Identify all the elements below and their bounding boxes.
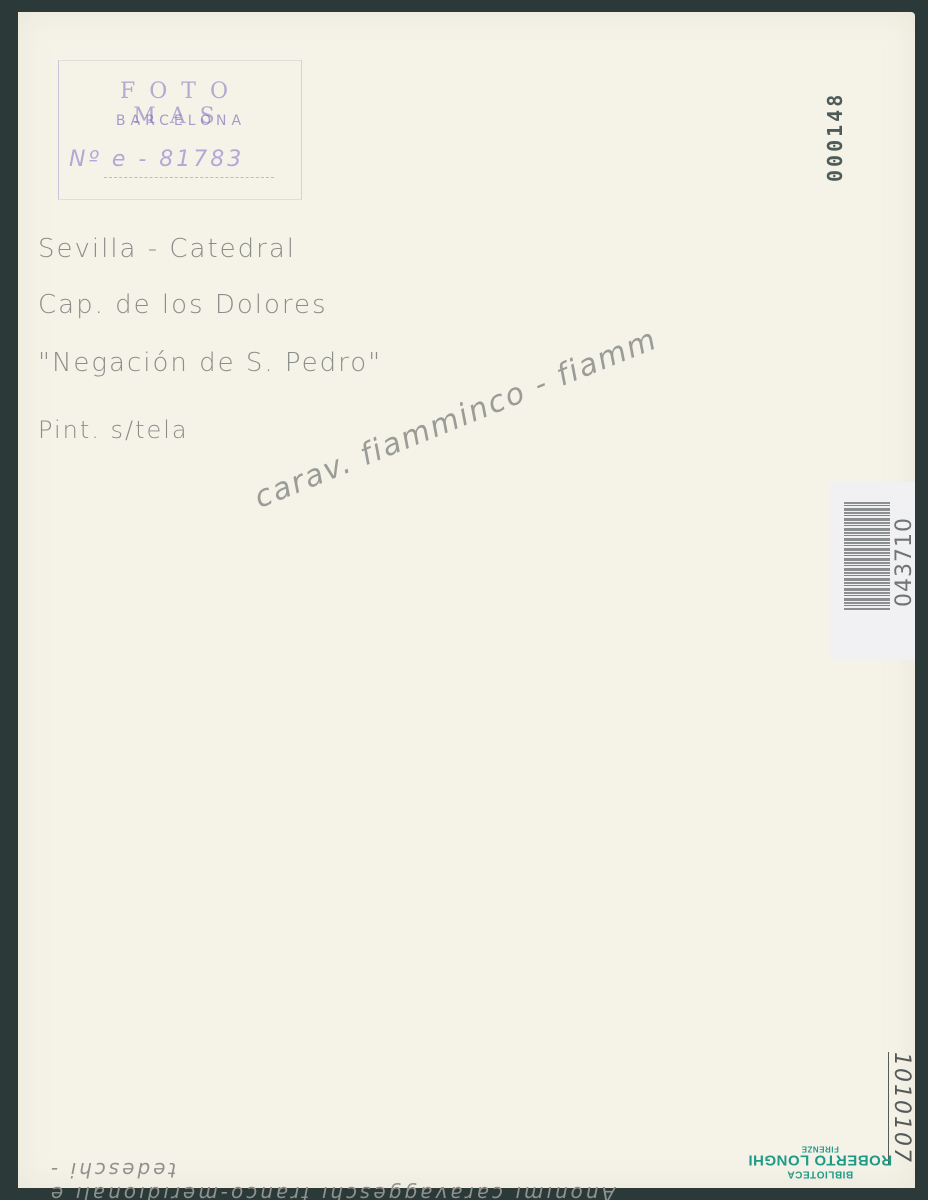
photo-back-paper: FOTO MAS BARCELONA Nº e - 81783 000148 S…: [18, 12, 915, 1188]
stamp-negative-number: Nº e - 81783: [69, 147, 244, 172]
note-chapel: Cap. de los Dolores: [38, 290, 328, 320]
library-stamp-line2: ROBERTO LONGHI: [730, 1152, 910, 1168]
stamp-underline: [104, 177, 274, 178]
barcode-label: 043710: [830, 482, 915, 660]
barcode-icon: [844, 502, 890, 610]
library-stamp-line3: FIRENZE: [730, 1144, 910, 1152]
note-location: Sevilla - Catedral: [38, 234, 296, 264]
note-title: "Negación de S. Pedro": [38, 348, 382, 378]
library-stamp-line1: BIBLIOTECA: [730, 1168, 910, 1179]
photographer-stamp: FOTO MAS BARCELONA Nº e - 81783: [58, 60, 302, 200]
inventory-number: 000148: [823, 92, 847, 182]
bottom-classification-note: Anonimi caravaggeschi franco-meridionali…: [48, 1158, 718, 1200]
stamp-city: BARCELONA: [71, 113, 291, 129]
barcode-number: 043710: [892, 517, 917, 607]
library-stamp: BIBLIOTECA ROBERTO LONGHI FIRENZE: [730, 1144, 910, 1179]
note-medium: Pint. s/tela: [38, 416, 189, 444]
